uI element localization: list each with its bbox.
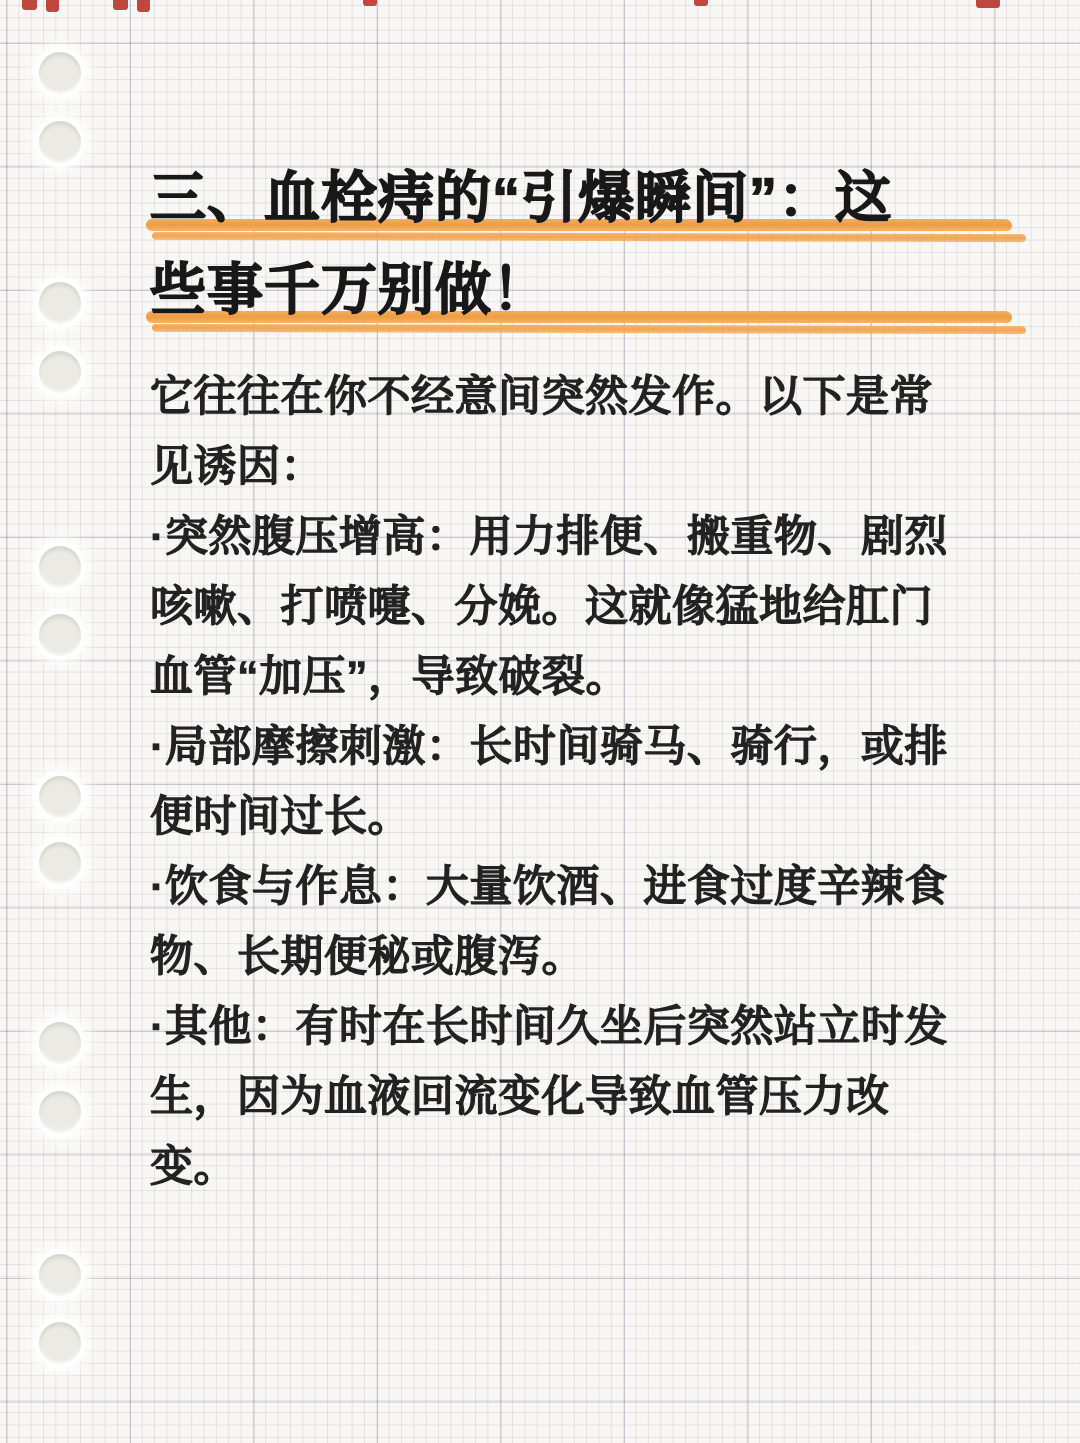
red-ink-mark <box>363 0 377 6</box>
red-ink-mark <box>976 0 1000 8</box>
hole-punch <box>39 546 81 588</box>
hole-punch <box>39 351 81 393</box>
hole-punch <box>39 842 81 884</box>
body-text: 它往往在你不经意间突然发作。以下是常 见诱因： ·突然腹压增高：用力排便、搬重物… <box>150 362 1010 1202</box>
cause-line: 便时间过长。 <box>150 782 1010 852</box>
cause-line: 生，因为血液回流变化导致血管压力改 <box>150 1062 1010 1132</box>
hole-punch <box>39 121 81 163</box>
title-text: 三、血栓痔的“引爆瞬间”：这 <box>150 166 892 229</box>
hole-punch <box>39 1091 81 1133</box>
cause-line: ·饮食与作息：大量饮酒、进食过度辛辣食 <box>150 852 1010 922</box>
title-line: 三、血栓痔的“引爆瞬间”：这 <box>150 152 1010 244</box>
red-ink-mark <box>137 0 150 12</box>
cause-line: 血管“加压”，导致破裂。 <box>150 642 1010 712</box>
page-title: 三、血栓痔的“引爆瞬间”：这 些事千万别做！ <box>150 152 1010 336</box>
intro-line: 见诱因： <box>150 432 1010 502</box>
hole-punch <box>39 1254 81 1296</box>
cause-line: 物、长期便秘或腹泻。 <box>150 922 1010 992</box>
hole-punch <box>39 614 81 656</box>
orange-underline <box>152 232 1026 242</box>
orange-underline <box>152 324 1026 334</box>
cause-line: ·局部摩擦刺激：长时间骑马、骑行，或排 <box>150 712 1010 782</box>
hole-punch <box>39 52 81 94</box>
red-ink-mark <box>113 0 128 10</box>
cause-line: ·其他：有时在长时间久坐后突然站立时发 <box>150 992 1010 1062</box>
notebook-page: 三、血栓痔的“引爆瞬间”：这 些事千万别做！ 它往往在你不经意间突然发作。以下是… <box>0 0 1080 1443</box>
hole-punch <box>39 282 81 324</box>
intro-line: 它往往在你不经意间突然发作。以下是常 <box>150 362 1010 432</box>
content-area: 三、血栓痔的“引爆瞬间”：这 些事千万别做！ 它往往在你不经意间突然发作。以下是… <box>150 152 1010 1202</box>
hole-punch <box>39 1322 81 1364</box>
cause-line: ·突然腹压增高：用力排便、搬重物、剧烈 <box>150 502 1010 572</box>
title-text: 些事千万别做！ <box>150 258 549 321</box>
red-ink-mark <box>46 0 59 12</box>
red-ink-mark <box>694 0 708 6</box>
cause-line: 变。 <box>150 1132 1010 1202</box>
hole-punch <box>39 776 81 818</box>
cause-line: 咳嗽、打喷嚏、分娩。这就像猛地给肛门 <box>150 572 1010 642</box>
red-ink-mark <box>22 0 37 10</box>
hole-punch <box>39 1022 81 1064</box>
title-line: 些事千万别做！ <box>150 244 1010 336</box>
